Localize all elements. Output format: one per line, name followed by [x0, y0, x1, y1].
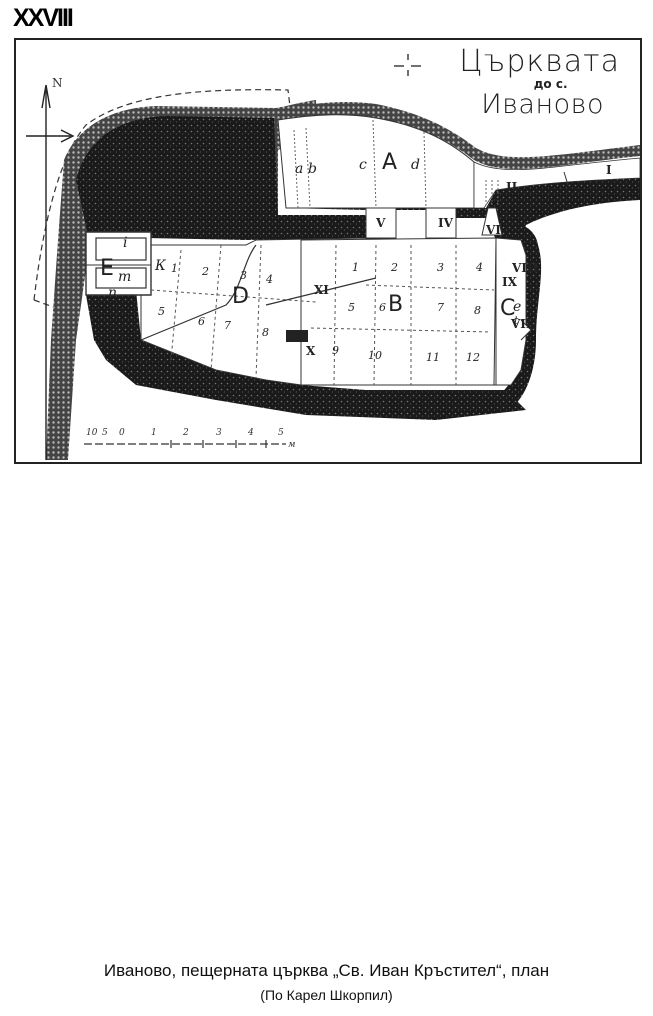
scale-tick-4: 4	[248, 428, 254, 438]
label-a: a	[295, 162, 303, 176]
north-label: N	[52, 76, 63, 90]
figure-source: (По Карел Шкорпил)	[0, 987, 653, 1003]
label-d: d	[411, 158, 420, 172]
cell-B-8: 8	[474, 305, 481, 316]
scale-tick-3: 3	[216, 428, 222, 438]
cell-B-12: 12	[466, 352, 480, 363]
figure-caption: Иваново, пещерната църква „Св. Иван Кръс…	[0, 961, 653, 981]
label-i: i	[123, 236, 127, 250]
label-roman-X: X	[306, 345, 315, 357]
label-c: c	[359, 158, 367, 172]
label-roman-XI: XI	[314, 284, 329, 296]
cell-B-9: 9	[332, 345, 339, 356]
cell-D-7: 7	[224, 320, 231, 331]
compass-rose-icon	[394, 54, 421, 76]
label-roman-V: V	[376, 217, 385, 229]
cell-D-8: 8	[262, 327, 269, 338]
label-m: m	[118, 270, 131, 284]
label-area-A: A	[382, 152, 397, 174]
label-area-D: D	[232, 286, 249, 308]
scale-tick-10: 10	[86, 428, 97, 438]
map-title-line1: Църквата	[459, 46, 620, 78]
scale-bar	[84, 440, 286, 448]
cell-D-6: 6	[198, 316, 205, 327]
scale-tick-5b: 5	[278, 428, 284, 438]
label-roman-VIII: VIII	[512, 262, 538, 274]
map-title: Църквата до с. Иваново	[459, 46, 620, 120]
label-area-B: B	[388, 294, 403, 316]
cell-D-5: 5	[158, 306, 165, 317]
map-title-line3: Иваново	[465, 90, 620, 120]
label-roman-VII: VII	[511, 318, 532, 330]
scale-tick-0: 0	[119, 428, 125, 438]
cell-B-4: 4	[476, 262, 483, 273]
scale-tick-2: 2	[183, 428, 189, 438]
cell-B-11: 11	[426, 352, 440, 363]
cell-D-2: 2	[202, 266, 209, 277]
cell-B-3: 3	[437, 262, 444, 273]
label-roman-IX: IX	[502, 276, 517, 288]
label-roman-I: I	[606, 164, 612, 176]
label-n: n	[108, 286, 117, 300]
label-b: b	[308, 162, 317, 176]
label-roman-VI: VI	[486, 224, 501, 236]
scale-tick-5: 5	[102, 428, 108, 438]
cell-D-4: 4	[266, 274, 273, 285]
label-roman-IV: IV	[438, 217, 453, 229]
cell-B-2: 2	[391, 262, 398, 273]
cell-B-1: 1	[352, 262, 359, 273]
label-e: e	[513, 300, 521, 314]
cell-D-3: 3	[240, 270, 247, 281]
cell-B-10: 10	[368, 350, 382, 361]
plate-number: XXVIII	[13, 4, 72, 33]
cell-B-6: 6	[379, 302, 386, 313]
cell-D-1: 1	[171, 263, 178, 274]
label-area-E: E	[100, 258, 114, 280]
scale-tick-1: 1	[151, 428, 157, 438]
cell-B-5: 5	[348, 302, 355, 313]
scale-unit: м	[288, 440, 295, 450]
cave-church-plan-map: Църквата до с. Иваново N A B C D E a b c…	[14, 38, 642, 464]
label-k: К	[155, 259, 166, 273]
label-roman-II: II	[506, 181, 517, 193]
cell-B-7: 7	[437, 302, 444, 313]
